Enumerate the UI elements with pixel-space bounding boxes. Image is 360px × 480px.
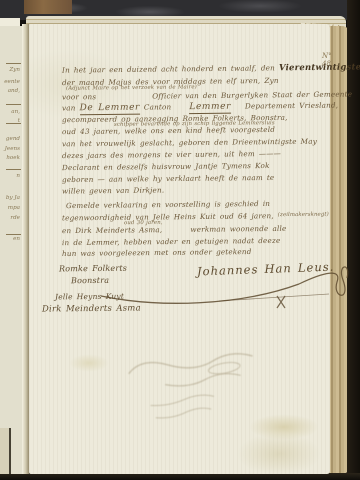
left-page-rule: [6, 234, 21, 235]
paper-stain: [69, 354, 109, 372]
record-text: van: [62, 103, 76, 112]
record-line: van het vrouwelijk geslacht, geboren den…: [62, 137, 317, 149]
left-page-fragment: an,: [11, 109, 20, 115]
record-line: geboren — aan welke hy verklaart heeft d…: [62, 173, 274, 184]
left-page-rule: [6, 123, 21, 124]
left-page-rule: [6, 104, 21, 105]
record-line: oud 43 jaaren, welke ons een kind heeft …: [62, 125, 275, 136]
paper-stain: [249, 414, 319, 440]
record-text: In het jaar een duizend acht honderd en …: [62, 63, 275, 74]
left-page-fragment: and,: [8, 88, 20, 94]
left-page-fragment: eente: [4, 79, 20, 85]
record-line: dezes jaars des morgens te vier uuren, u…: [62, 149, 281, 160]
canton-name: Lemmer: [189, 102, 231, 114]
left-page-fragment: hoek: [6, 155, 20, 161]
left-page-fragment: rde: [10, 215, 20, 221]
left-page-fragment: by Ja: [6, 195, 20, 201]
interlined-note: (zeilmakersknegt): [278, 212, 329, 219]
record-line: In het jaar een duizend acht honderd en …: [62, 62, 360, 75]
left-page-fragment: gend: [6, 136, 20, 142]
page-gutter: [22, 24, 29, 474]
record-text-overwritten: Vierentwintigste: [279, 62, 360, 73]
left-page-fragment: Jeens: [5, 146, 20, 152]
record-text: Officier van den Burgerlyken Staat der G…: [152, 89, 352, 100]
left-page-fragment: mpa: [8, 205, 20, 211]
left-page-fragment: en: [13, 236, 20, 242]
left-page-rule: [6, 169, 21, 170]
facing-page-sliver: Zyn eente and, an, t gend Jeens hoek n b…: [0, 26, 22, 474]
record-line: voor ons Officier van den Burgerlyken St…: [62, 89, 352, 101]
record-line: Declarant en deszelfs huisvrouw Jantje T…: [62, 161, 270, 172]
record-line: van De Lemmer Canton Lemmer Departement …: [62, 101, 338, 114]
register-page: N° 48. In het jaar een duizend acht hond…: [29, 24, 330, 474]
left-page-fragment: n: [16, 173, 20, 179]
book-scan: Zyn eente and, an, t gend Jeens hoek n b…: [0, 0, 360, 480]
wooden-table-strip: [24, 0, 72, 14]
record-line: Gemelde verklaaring en voorstelling is g…: [66, 199, 270, 210]
signature-flourish: [99, 254, 349, 314]
left-page-rule: [6, 63, 21, 64]
record-text: voor ons: [62, 92, 96, 101]
record-text: tegenwoordigheid van Jelle Heins Kuit ou…: [62, 211, 274, 222]
record-text: en Dirk Meinderts Asma,: [62, 225, 162, 235]
record-line: in de Lemmer, hebben vader en getuigen n…: [62, 236, 280, 247]
record-line: willen geven van Dirkjen.: [62, 185, 164, 195]
record-line: tegenwoordigheid van Jelle Heins Kuit ou…: [62, 211, 329, 223]
ink-bleedthrough: [112, 340, 272, 435]
record-text: Departement Vriesland,: [245, 101, 338, 111]
left-page-fragment: Zyn: [9, 67, 20, 73]
record-text: werkman woonende alle: [190, 224, 286, 234]
bottom-left-page-edge: [0, 428, 11, 474]
record-line: en Dirk Meinderts Asma, werkman woonende…: [62, 224, 286, 235]
municipality-name: De Lemmer: [80, 103, 140, 116]
book-cover-bottom: [0, 473, 360, 480]
record-text: Canton: [144, 102, 172, 111]
